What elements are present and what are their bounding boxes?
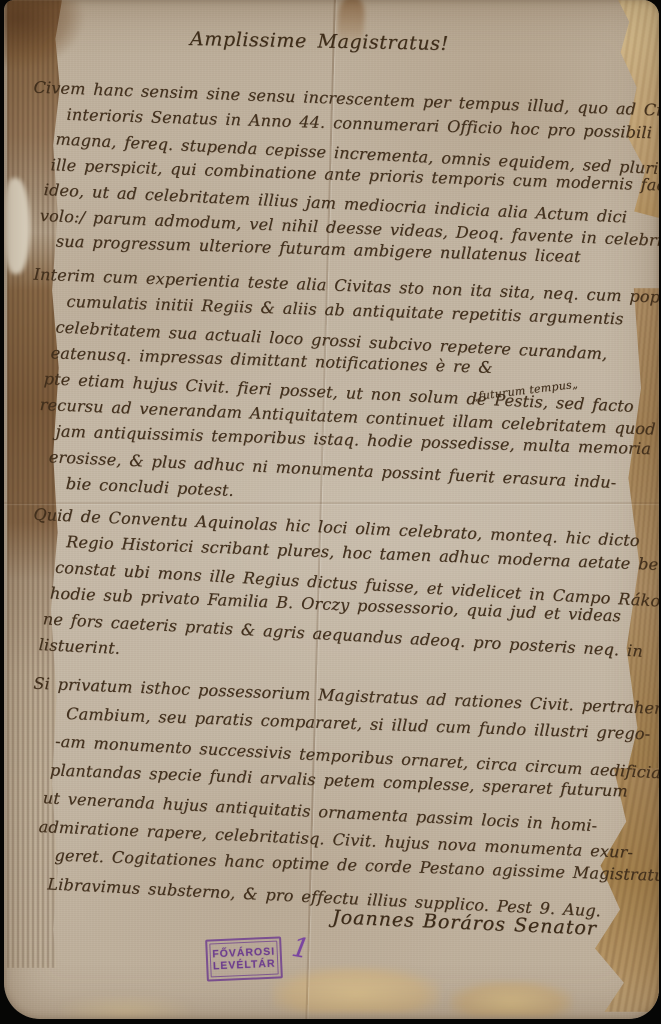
stain-bottom-center-2 [450, 981, 572, 1017]
scan-background: { "colors": { "background": "#060605", "… [0, 0, 661, 1024]
stamp-line-2: LEVÉLTÁR [213, 958, 276, 973]
manuscript-page: Amplissime Magistratus! Civem hanc sensi… [4, 0, 659, 1019]
stain-bottom-center [272, 967, 440, 1013]
paragraph-4: Si privatum isthoc possessorium Magistra… [9, 669, 655, 922]
archive-stamp: FŐVÁROSI LEVÉLTÁR [205, 936, 283, 981]
archive-stamp-text: FŐVÁROSI LEVÉLTÁR [209, 941, 278, 978]
manuscript-text: Amplissime Magistratus! Civem hanc sensi… [18, 6, 655, 897]
salutation-line: Amplissime Magistratus! [190, 28, 655, 59]
paragraph-3: Quid de Conventu Aquinolas hic loci olim… [11, 501, 654, 685]
paragraph-1: Civem hanc sensim sine sensu increscente… [11, 74, 654, 276]
stain-bottom-left [60, 995, 190, 1019]
